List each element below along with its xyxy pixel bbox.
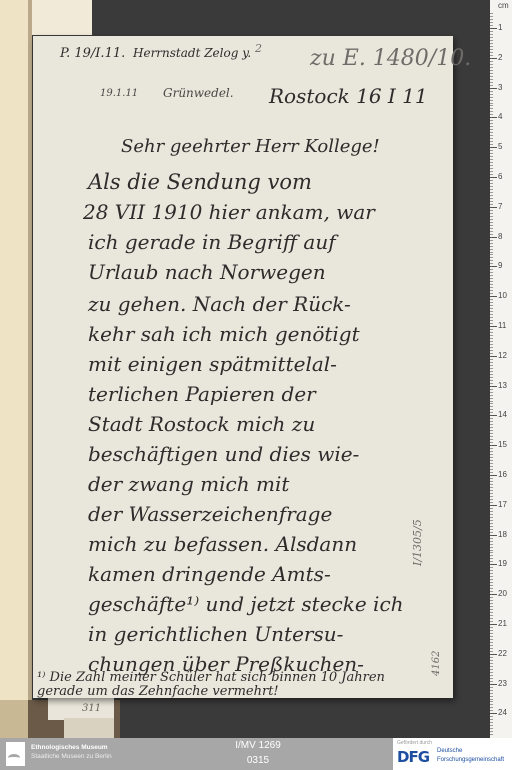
ruler-tick [490,594,497,595]
ruler-tick [490,67,493,68]
ruler-tick [490,210,493,211]
ruler-tick [490,386,497,387]
dfg-panel: Gefördert durch DFG Deutsche Forschungsg… [393,738,512,770]
ruler-tick [490,728,493,729]
ruler-tick [490,508,493,509]
ruler-tick [490,117,497,118]
letter-line: der Wasserzeichenfrage [88,502,332,526]
letter-line: der zwang mich mit [88,472,289,496]
ruler-tick [490,636,493,637]
ruler-label: 14 [498,410,507,419]
ruler-tick [490,290,493,291]
ruler-tick [490,701,493,702]
ruler-tick [490,493,493,494]
ruler-label: 19 [498,559,507,568]
page-edge [28,0,32,700]
ruler-tick [490,424,493,425]
ruler-label: 12 [498,351,507,360]
ruler-tick [490,371,493,372]
ruler-tick [490,225,493,226]
ruler-tick [490,159,493,160]
ruler-tick [490,85,493,86]
ruler-tick [490,320,493,321]
dfg-logo: DFG [397,748,429,766]
ruler-tick [490,338,493,339]
ruler-tick [490,651,493,652]
ruler-tick [490,103,493,104]
ruler-tick [490,487,493,488]
ruler-tick [490,296,497,297]
ruler-tick [490,28,497,29]
ruler-tick [490,377,493,378]
ruler-tick [490,597,493,598]
ruler-tick [490,269,493,270]
ruler-tick [490,240,493,241]
ruler-tick [490,374,493,375]
ruler-tick [490,403,493,404]
ruler-tick [490,606,493,607]
ruler-tick [490,418,493,419]
ruler-tick [490,469,493,470]
ruler-tick [490,275,493,276]
ruler-tick [490,97,493,98]
ruler-tick [490,505,497,506]
ruler-tick [490,368,493,369]
ruler-tick [490,707,493,708]
ruler-tick [490,463,493,464]
ruler-tick [490,332,493,333]
ruler-tick [490,591,493,592]
ruler-tick [490,552,493,553]
ruler-tick [490,183,493,184]
ruler-tick [490,40,493,41]
ruler-label: 10 [498,291,507,300]
ruler-tick [490,564,497,565]
salutation: Sehr geehrter Herr Kollege! [121,136,380,157]
ruler-tick [490,347,493,348]
ruler-tick [490,663,493,664]
ruler-tick [490,260,493,261]
ruler-tick [490,177,497,178]
ruler-tick [490,392,493,393]
ruler-tick [490,73,493,74]
ruler-tick [490,675,493,676]
ruler-tick [490,699,493,700]
ruler-tick [490,558,493,559]
ruler-tick [490,213,493,214]
ruler-label: 6 [498,172,502,181]
ruler-tick [490,135,493,136]
cm-ruler: cm 1234567891011121314151617181920212223… [490,0,512,738]
ruler-tick [490,231,493,232]
ruler-tick [490,585,493,586]
ruler-tick [490,401,493,402]
ruler-tick [490,573,493,574]
ruler-tick [490,46,493,47]
ruler-tick [490,222,493,223]
ruler-tick [490,55,493,56]
ruler-tick [490,34,493,35]
ruler-tick [490,186,493,187]
ruler-tick [490,457,493,458]
ruler-tick [490,478,493,479]
ruler-tick [490,234,493,235]
ruler-tick [490,299,493,300]
ruler-tick [490,141,493,142]
ruler-tick [490,484,493,485]
ruler-label: 23 [498,679,507,688]
letter-line: in gerichtlichen Untersu- [88,622,343,646]
ruler-label: 15 [498,440,507,449]
ruler-tick [490,612,493,613]
ruler-tick [490,114,493,115]
ruler-tick [490,123,493,124]
ruler-tick [490,317,493,318]
ruler-tick [490,100,493,101]
date-note: 19.1.11 [100,88,138,99]
ruler-tick [490,427,493,428]
box-label-card [48,698,114,720]
ruler-tick [490,302,493,303]
ruler-label: 24 [498,708,507,717]
ruler-tick [490,654,497,655]
ruler-tick [490,305,493,306]
ruler-tick [490,499,493,500]
ruler-tick [490,460,493,461]
ruler-tick [490,144,493,145]
ruler-tick [490,192,493,193]
ruler-tick [490,243,493,244]
ruler-tick [490,704,493,705]
ruler-label: 21 [498,619,507,628]
ruler-tick [490,648,493,649]
ruler-tick [490,660,493,661]
recipient-note: Herrnstadt Zelog y. [133,46,251,60]
ruler-tick [490,76,493,77]
ruler-tick [490,252,493,253]
ruler-tick [490,329,493,330]
ruler-tick [490,281,493,282]
ruler-label: 16 [498,470,507,479]
ruler-tick [490,16,493,17]
ruler-tick [490,696,493,697]
ruler-tick [490,180,493,181]
ruler-tick [490,219,493,220]
background-page-bottom [0,700,28,738]
ruler-tick [490,529,493,530]
box-label: 311 [82,703,101,714]
letter-line: 28 VII 1910 hier ankam, war [83,200,375,224]
ruler-tick [490,356,497,357]
ruler-tick [490,147,497,148]
ruler-tick [490,496,493,497]
letter-line: terlichen Papieren der [88,382,316,406]
archive-reference: zu E. 1480/10. [310,46,471,71]
letter-sheet: P. 19/I.11. Herrnstadt Zelog y. 2 zu E. … [33,36,453,698]
letter-line: Als die Sendung vom [88,170,312,194]
ruler-label: 20 [498,589,507,598]
ruler-tick [490,389,493,390]
funded-by-label: Gefördert durch [397,740,432,746]
ruler-tick [490,111,493,112]
ruler-tick [490,64,493,65]
ruler-tick [490,31,493,32]
ruler-tick [490,341,493,342]
ruler-tick [490,120,493,121]
ruler-tick [490,734,493,735]
ruler-label: 8 [498,232,502,241]
ruler-tick [490,344,493,345]
ruler-label: 9 [498,261,502,270]
letter-line: mit einigen spätmittelal- [88,352,337,376]
ruler-tick [490,430,493,431]
ruler-tick [490,600,493,601]
ruler-tick [490,308,493,309]
ruler-tick [490,246,493,247]
ruler-tick [490,278,493,279]
ruler-tick [490,639,493,640]
ruler-tick [490,669,493,670]
ruler-tick [490,433,493,434]
ruler-tick [490,618,493,619]
ruler-tick [490,555,493,556]
ruler-tick [490,609,493,610]
ruler-tick [490,254,493,255]
ruler-tick [490,532,493,533]
ruler-tick [490,642,493,643]
ruler-tick [490,362,493,363]
ruler-tick [490,82,493,83]
footnote-line: gerade um das Zehnfache vermehrt! [37,684,279,699]
ruler-tick [490,398,493,399]
ruler-tick [490,25,493,26]
letter-line: kamen dringende Amts- [88,562,331,586]
ruler-tick [490,195,493,196]
ruler-tick [490,633,493,634]
ruler-tick [490,263,493,264]
ruler-tick [490,293,493,294]
ruler-tick [490,687,493,688]
ruler-tick [490,526,493,527]
ruler-tick [490,547,493,548]
ruler-tick [490,380,493,381]
ruler-tick [490,13,493,14]
ruler-tick [490,153,493,154]
ruler-tick [490,722,493,723]
letter-line: ich gerade in Begriff auf [88,230,336,254]
ruler-tick [490,108,493,109]
ruler-tick [490,335,493,336]
ruler-tick [490,672,493,673]
ruler-tick [490,588,493,589]
ruler-tick [490,421,493,422]
ruler-tick [490,520,493,521]
ruler-tick [490,150,493,151]
ruler-tick [490,204,493,205]
ruler-tick [490,168,493,169]
ruler-tick [490,448,493,449]
letter-line: Urlaub nach Norwegen [88,260,326,284]
ruler-tick [490,615,493,616]
ruler-tick [490,171,493,172]
ruler-tick [490,165,493,166]
ruler-tick [490,523,493,524]
ruler-tick [490,156,493,157]
ruler-tick [490,681,493,682]
ruler-tick [490,58,497,59]
ruler-tick [490,132,493,133]
ruler-tick [490,442,493,443]
ruler-tick [490,314,493,315]
ruler-tick [490,105,493,106]
ruler-tick [490,198,493,199]
ruler-tick [490,22,493,23]
ruler-tick [490,684,497,685]
dfg-name-line1: Deutsche [437,748,462,754]
ruler-tick [490,43,493,44]
ruler-tick [490,216,493,217]
ruler-tick [490,657,493,658]
ruler-tick [490,249,493,250]
ruler-tick [490,666,493,667]
ruler-tick [490,535,497,536]
ruler-tick [490,475,497,476]
ruler-tick [490,94,493,95]
ruler-tick [490,91,493,92]
ruler-tick [490,550,493,551]
ruler-tick [490,353,493,354]
ruler-tick [490,445,497,446]
ruler-tick [490,716,493,717]
dfg-name-line2: Forschungsgemeinschaft [437,757,504,763]
ruler-tick [490,365,493,366]
ruler-tick [490,228,493,229]
ruler-tick [490,52,493,53]
letter-line: mich zu befassen. Alsdann [88,532,357,556]
ruler-unit: cm [498,1,509,10]
ruler-tick [490,624,497,625]
ruler-tick [490,719,493,720]
ruler-tick [490,693,493,694]
ruler-tick [490,690,493,691]
ruler-tick [490,138,493,139]
ruler-tick [490,678,493,679]
ruler-tick [490,576,493,577]
ruler-label: 11 [498,321,506,330]
ruler-tick [490,451,493,452]
letter-line: beschäftigen und dies wie- [88,442,359,466]
ruler-tick [490,383,493,384]
ruler-tick [490,544,493,545]
side-stamp: I/1305/5 [411,519,424,566]
ruler-tick [490,174,493,175]
ruler-tick [490,570,493,571]
ruler-tick [490,162,493,163]
ruler-tick [490,412,493,413]
letter-line: geschäfte¹⁾ und jetzt stecke ich [88,592,404,616]
ruler-tick [490,731,493,732]
letter-line: zu gehen. Nach der Rück- [88,292,351,316]
ruler-label: 1 [498,23,502,32]
ruler-tick [490,561,493,562]
ruler-tick [490,70,493,71]
ruler-tick [490,126,493,127]
ruler-tick [490,207,497,208]
ruler-tick [490,627,493,628]
page-number: 2 [255,42,262,55]
document-viewer: 311 P. 19/I.11. Herrnstadt Zelog y. 2 zu… [0,0,512,738]
ruler-tick [490,326,497,327]
footnote-line: ¹⁾ Die Zahl meiner Schüler hat sich binn… [37,670,385,685]
ruler-tick [490,257,493,258]
ruler-label: 22 [498,649,507,658]
ruler-label: 7 [498,202,502,211]
ruler-tick [490,237,497,238]
ruler-tick [490,725,493,726]
ruler-tick [490,567,493,568]
ruler-tick [490,710,493,711]
footer-bar: Ethnologisches Museum Staatliche Museen … [0,738,512,770]
ruler-tick [490,284,493,285]
ruler-label: 4 [498,112,502,121]
ruler-tick [490,630,493,631]
ruler-tick [490,582,493,583]
ruler-tick [490,287,493,288]
ruler-label: 17 [498,500,507,509]
ruler-tick [490,538,493,539]
ruler-tick [490,201,493,202]
ruler-tick [490,436,493,437]
ruler-tick [490,19,493,20]
ruler-tick [490,472,493,473]
ruler-tick [490,517,493,518]
ruler-tick [490,409,493,410]
ruler-tick [490,514,493,515]
ruler-tick [490,266,497,267]
ruler-tick [490,350,493,351]
letter-line: kehr sah ich mich genötigt [88,322,360,346]
ruler-tick [490,511,493,512]
ruler-tick [490,88,497,89]
ruler-tick [490,713,497,714]
ruler-tick [490,579,493,580]
ruler-tick [490,395,493,396]
ruler-label: 18 [498,530,507,539]
ruler-label: 3 [498,83,502,92]
ruler-tick [490,79,493,80]
ruler-tick [490,49,493,50]
ruler-tick [490,311,493,312]
ruler-tick [490,541,493,542]
ruler-tick [490,439,493,440]
ruler-tick [490,466,493,467]
ruler-tick [490,272,493,273]
ruler-label: 13 [498,381,507,390]
box-card-lower [64,718,114,738]
side-stamp-number: 4162 [431,651,442,676]
ruler-tick [490,61,493,62]
ruler-tick [490,490,493,491]
ruler-tick [490,406,493,407]
ruler-tick [490,129,493,130]
background-page-top [32,0,92,35]
ruler-tick [490,454,493,455]
letter-line: Stadt Rostock mich zu [88,412,315,436]
ruler-tick [490,603,493,604]
ruler-label: 2 [498,53,502,62]
ruler-tick [490,415,497,416]
ruler-tick [490,502,493,503]
